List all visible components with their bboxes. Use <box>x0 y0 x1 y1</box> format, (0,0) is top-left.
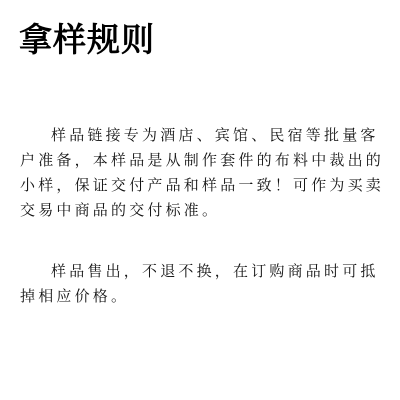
page-title: 拿样规则 <box>19 18 155 62</box>
paragraph-sample-description: 样品链接专为酒店、宾馆、民宿等批量客户准备，本样品是从制作套件的布料中裁出的小样… <box>20 123 384 223</box>
paragraph-return-policy: 样品售出，不退不换，在订购商品时可抵掉相应价格。 <box>20 259 384 309</box>
